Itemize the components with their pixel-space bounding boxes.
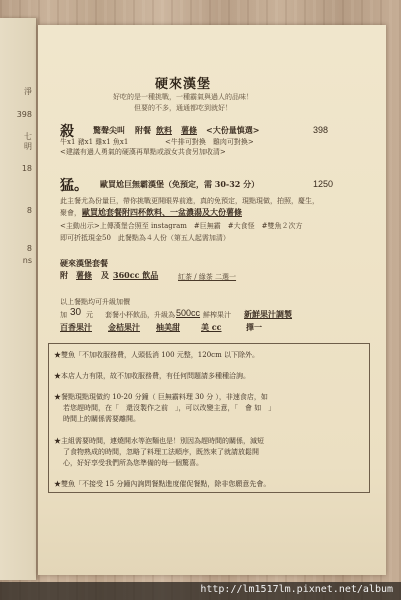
item-1-price: 398 <box>313 125 328 135</box>
notice-line: 時間上的關係需要離開。 <box>63 414 140 425</box>
item-1-sizes: 牛x1 豬x1 雞x1 魚x1 <box>60 137 128 147</box>
back-menu-page: 淨 398 七 明 18 8 8 ns <box>0 18 36 580</box>
item-2-line-2-prefix: 聚會， <box>60 208 81 218</box>
upgrade-choose: 擇一 <box>246 322 262 333</box>
upgrade-amount: 30 <box>70 307 81 318</box>
set-meal-title: 硬來漢堡套餐 <box>60 258 108 269</box>
item-1-portion-note: <大份量慎選> <box>206 125 259 136</box>
back-page-price: 8 <box>27 206 32 215</box>
notice-line: ★雙魚「不接受 15 分鐘內詢問餐點進度催促餐點，除非您願意先會。 <box>54 479 270 490</box>
menu-page: 硬來漢堡 好吃的是一種挑戰，一種霸氣與過人的品味！ 但要的不多，通通都吃到就好！… <box>38 25 386 575</box>
back-page-price: 18 <box>22 164 32 173</box>
set-meal-and-label: 及 <box>101 270 109 281</box>
upgrade-desc-2: 鮮榨果汁 <box>203 310 231 320</box>
menu-tagline: 但要的不多，通通都吃到就好！ <box>38 103 328 113</box>
back-page-price: 398 <box>17 110 32 119</box>
upgrade-add-label: 加 <box>60 310 67 320</box>
set-meal-with-label: 附 <box>60 270 68 281</box>
upgrade-option: 金桔果汁 <box>108 322 140 333</box>
item-1-warning: <建議有過人勇氣的硬漢再單點或淑女共食另加收清> <box>60 147 226 157</box>
upgrade-unit: 元 <box>86 310 93 320</box>
item-2-price: 1250 <box>313 179 333 189</box>
notice-line: ★雙魚「不加收服務費，人頭低消 100 元整，120cm 以下除外。 <box>54 350 259 361</box>
item-2-desc: 歐買尬巨無霸漢堡（免預定，需 30-32 分） <box>100 179 259 190</box>
notice-box: ★雙魚「不加收服務費，人頭低消 100 元整，120cm 以下除外。 ★本店人力… <box>48 343 370 493</box>
watermark-bar: http://lm1517lm.pixnet.net/album <box>0 582 401 600</box>
item-1-addons-label: 附餐 <box>135 125 151 136</box>
set-meal-tea-options: 紅茶 / 綠茶 二選一 <box>178 272 236 282</box>
item-2-line-2-emph: 歐買尬套餐附四杯飲料、一盆濃湯及大份薯條 <box>82 207 242 218</box>
notice-line: 心，好好享受我們所為您準備的每一個驚喜。 <box>63 458 203 469</box>
upgrade-note: 以上餐點均可升級加價 <box>60 297 130 307</box>
back-page-text: ns <box>23 256 32 265</box>
upgrade-fresh: 新鮮果汁調製 <box>244 309 292 320</box>
item-2-line-3: <主動出示>上傳漢堡合照至 instagram #巨無霸 #大食怪 #雙魚２次方 <box>60 221 303 231</box>
upgrade-size: 500cc <box>176 308 200 318</box>
item-1-addon-drink: 飲料 <box>156 125 172 136</box>
menu-title: 硬來漢堡 <box>38 73 328 92</box>
item-2-line-1: 此主餐尤為份量巨，帶你挑戰更開眼界前進，真的免預定，現點現做，拍照，慶生， <box>60 196 319 206</box>
back-page-text: 明 <box>24 141 32 152</box>
item-2-line-4: 即可折抵現金50 此餐點為４人份（第五人起需加清） <box>60 233 230 243</box>
set-meal-drink: 360cc 飲品 <box>113 270 158 281</box>
menu-tagline: 好吃的是一種挑戰，一種霸氣與過人的品味！ <box>38 92 328 102</box>
notice-line: ★本店人力有限，故不加收服務費，有任何問題請多種種洽詢。 <box>54 371 250 382</box>
notice-line: 了食物熟成的時間，忽略了料理工法順序，既然來了就請放鬆開 <box>63 447 259 458</box>
upgrade-option: 柚美甜 <box>156 322 180 333</box>
upgrade-option: 美 cc <box>201 322 222 333</box>
watermark-url: http://lm1517lm.pixnet.net/album <box>200 584 393 595</box>
item-1-addon-fries: 薯條 <box>181 125 197 136</box>
upgrade-option: 百香果汁 <box>60 322 92 333</box>
notice-line: 若您趕時間，在「 還沒製作之前 」，可以改變主意，「 會 如 」 <box>63 403 275 414</box>
back-page-price: 8 <box>27 244 32 253</box>
item-1-option-note: <牛排可對換 雞肉可對換> <box>165 137 254 147</box>
notice-line: ★主組需要時間，連燒開水等泡麵也是！別因為趕時間的關係，減短 <box>54 436 264 447</box>
upgrade-desc: 套餐小杯飲品，升級為 <box>105 310 175 320</box>
notice-line: ★餐點現點現做約 10-20 分鐘（ 巨無霸料理 30 分 ），非速食店，如 <box>54 392 268 403</box>
item-2-name: 猛。 <box>60 175 88 195</box>
back-page-text: 淨 <box>24 86 32 97</box>
item-1-desc: 驚聲尖叫 <box>93 125 125 136</box>
set-meal-fries: 薯條 <box>76 270 92 281</box>
